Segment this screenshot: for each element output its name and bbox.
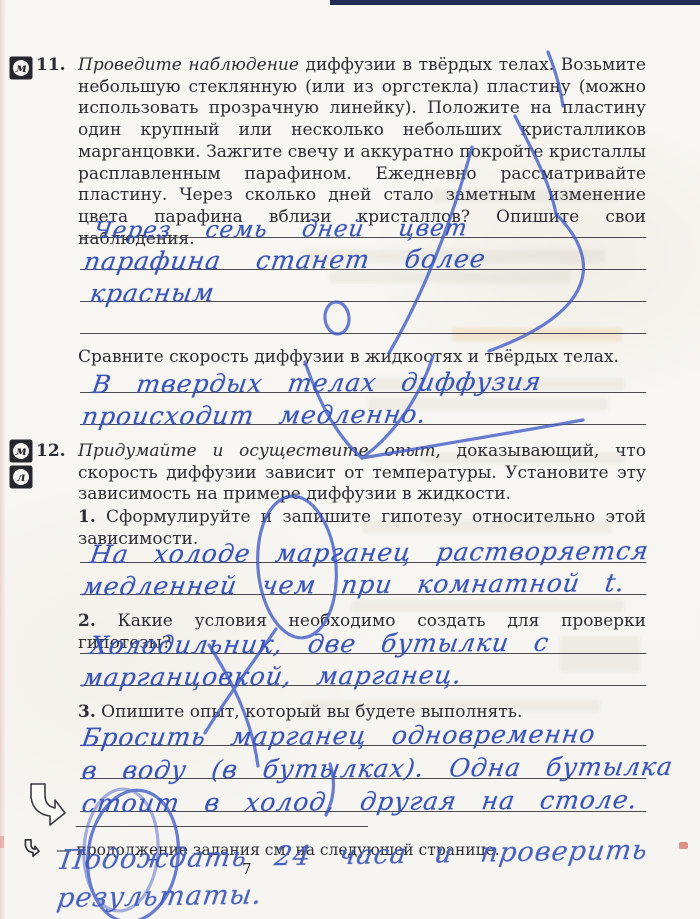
handwritten-answer: стоит в холод, другая на столе. bbox=[80, 785, 640, 818]
ruled-line: в воду (в бутылках). Одна бутылка bbox=[80, 746, 646, 779]
task11-followup-answer-area: В твердых телах диффузия происходит медл… bbox=[80, 361, 646, 425]
lab-badge-l-icon: л bbox=[10, 466, 32, 488]
ruled-line: Через семь дней цвет bbox=[80, 206, 646, 238]
badge-circle: м bbox=[13, 60, 29, 76]
footer-divider bbox=[76, 826, 368, 827]
handwritten-answer: медленней чем при комнатной t. bbox=[80, 568, 627, 601]
method-badge-m-icon: м bbox=[10, 57, 32, 79]
ruled-line: происходит медленно. bbox=[80, 393, 646, 425]
handwritten-answer: происходит медленно. bbox=[80, 400, 429, 431]
handwritten-answer-overflow: результаты. bbox=[55, 879, 264, 914]
task12-text: Придумайте и осуществите опыт, доказываю… bbox=[78, 441, 646, 506]
method-badge-m-icon: м bbox=[10, 440, 32, 462]
badge-letter: м bbox=[15, 62, 26, 74]
handwritten-answer: марганцовкой, марганец. bbox=[80, 660, 464, 692]
badge-letter: л bbox=[17, 471, 26, 483]
ruled-line: красным bbox=[80, 270, 646, 302]
continuation-arrow-icon bbox=[24, 782, 66, 832]
subtask1-answer-area: На холоде марганец растворяется медленне… bbox=[80, 531, 646, 595]
ruled-line: парафина станет более bbox=[80, 238, 646, 270]
task11-answer-area: Через семь дней цвет парафина станет бол… bbox=[80, 206, 646, 334]
badge-letter: м bbox=[15, 445, 26, 457]
badge-circle: л bbox=[13, 469, 29, 485]
ink-speck bbox=[679, 842, 688, 849]
ruled-line: Бросить марганец одновременно bbox=[80, 713, 646, 746]
task12-intro-italic: Придумайте и осуществите опыт bbox=[78, 441, 435, 461]
badge-circle: м bbox=[13, 443, 29, 459]
ruled-line: Холодильник, две бутылки с bbox=[80, 622, 646, 654]
subtask1-number: 1. bbox=[78, 507, 96, 527]
continuation-arrow-small-icon bbox=[22, 839, 40, 859]
ink-speck bbox=[0, 836, 4, 848]
ruled-line: На холоде марганец растворяется bbox=[80, 531, 646, 563]
ruled-line: В твердых телах диффузия bbox=[80, 361, 646, 393]
ruled-line: стоит в холод, другая на столе. bbox=[80, 779, 646, 812]
subtask2-answer-area: Холодильник, две бутылки с марганцовкой,… bbox=[80, 622, 646, 686]
scan-edge-strip bbox=[330, 0, 700, 5]
subtask3-answer-area: Бросить марганец одновременно в воду (в … bbox=[80, 713, 646, 812]
ruled-line: медленней чем при комнатной t. bbox=[80, 563, 646, 595]
task12-number: 12. bbox=[36, 441, 66, 462]
task11-intro-italic: Проведите наблюдение bbox=[78, 55, 299, 75]
task11-number: 11. bbox=[36, 55, 66, 76]
ruled-line bbox=[80, 302, 646, 334]
scan-edge-left bbox=[0, 0, 6, 919]
workbook-page: м 11. Проведите наблюдение диффузии в тв… bbox=[0, 0, 700, 919]
ruled-line: марганцовкой, марганец. bbox=[80, 654, 646, 686]
